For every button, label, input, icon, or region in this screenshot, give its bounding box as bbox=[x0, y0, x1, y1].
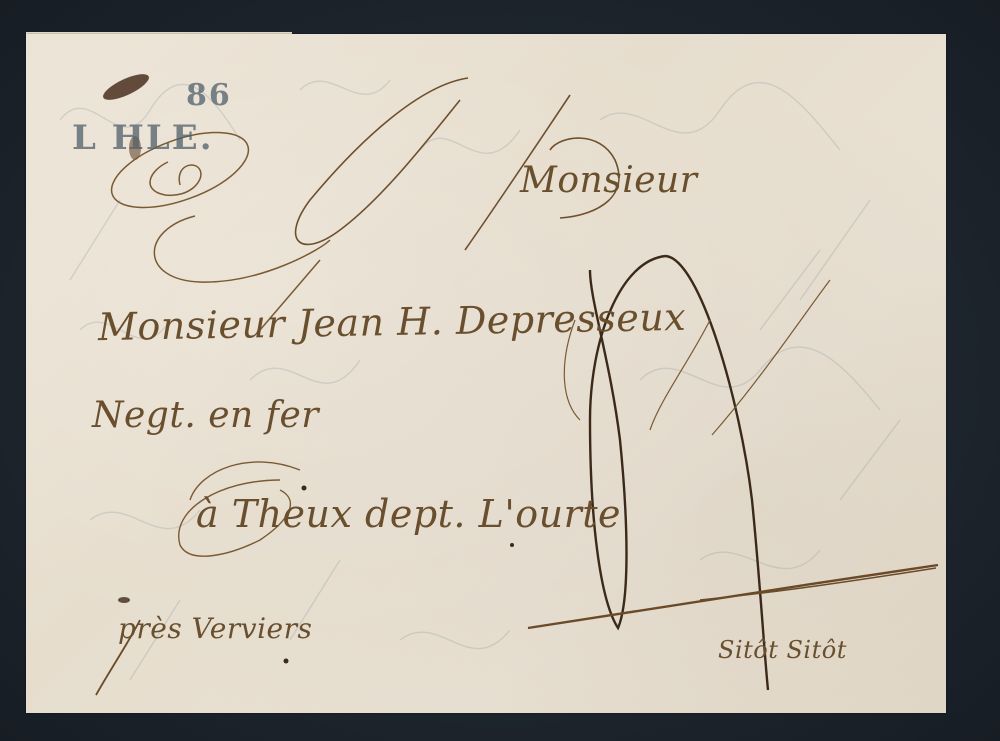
salutation: Monsieur bbox=[520, 160, 697, 201]
address-line-2: Negt. en fer bbox=[92, 395, 319, 436]
postmark-town: L HLE. bbox=[72, 118, 214, 158]
postmark-number: 86 bbox=[186, 78, 232, 113]
ink-blot bbox=[100, 69, 152, 105]
annotation-bottom-right: Sitôt Sitôt bbox=[718, 636, 847, 664]
address-line-3: à Theux dept. L'ourte bbox=[196, 492, 621, 536]
address-note: près Verviers bbox=[118, 612, 312, 645]
